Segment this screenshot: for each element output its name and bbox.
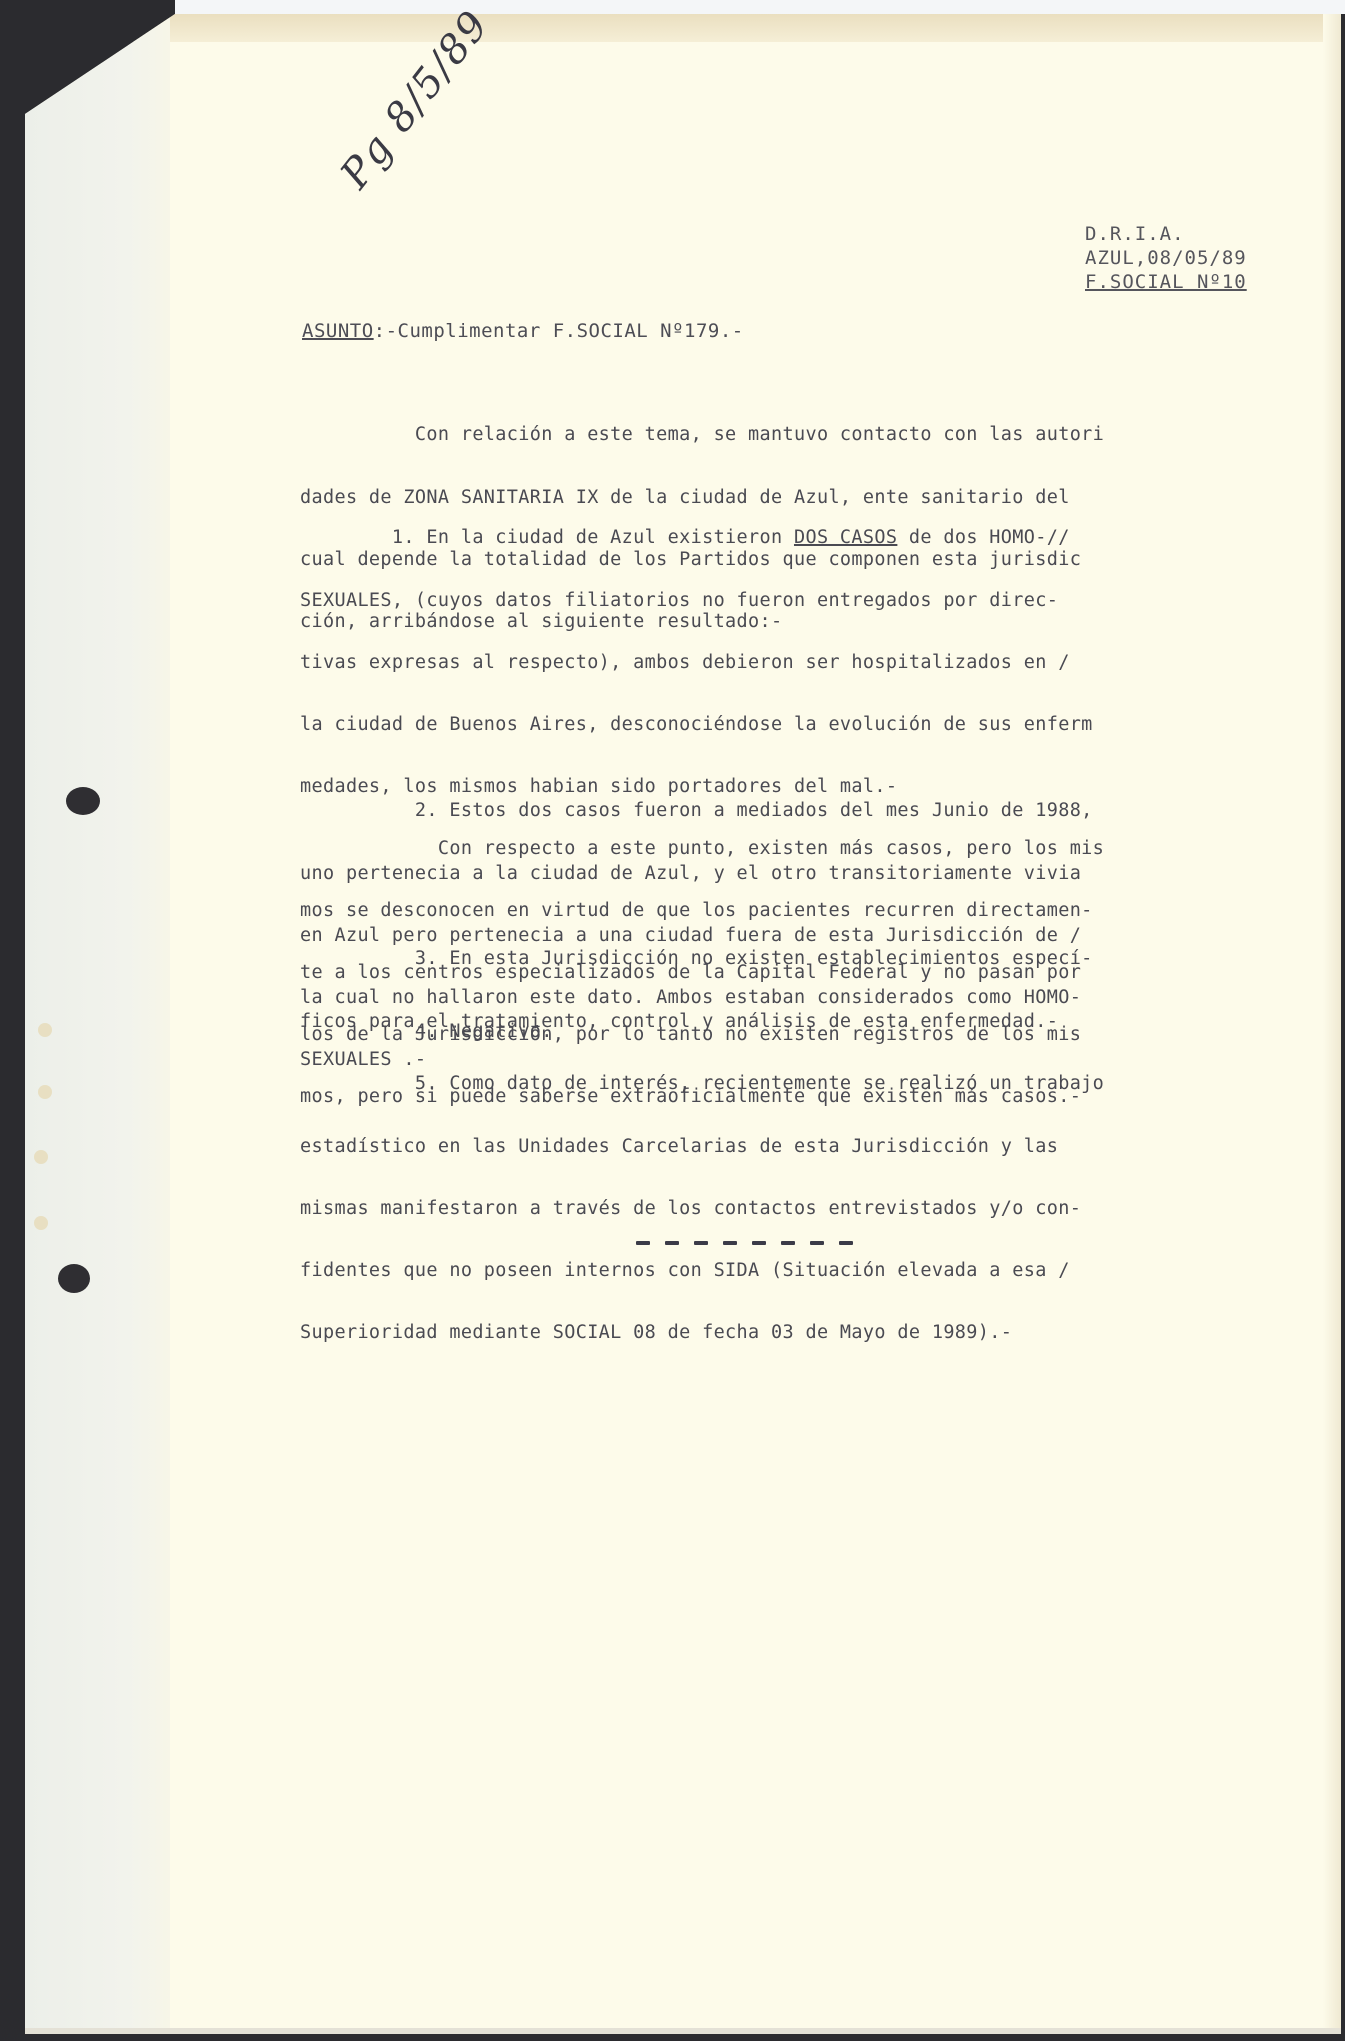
- office-code: D.R.I.A.: [1085, 222, 1247, 246]
- dash-mark: [694, 1241, 708, 1245]
- dash-mark: [810, 1241, 824, 1245]
- dash-mark: [752, 1241, 766, 1245]
- dash-mark: [665, 1241, 679, 1245]
- text-line: uno pertenecia a la ciudad de Azul, y el…: [300, 864, 1330, 885]
- dash-mark: [723, 1241, 737, 1245]
- place-date: AZUL,08/05/89: [1085, 246, 1247, 270]
- closing-separator: [636, 1241, 853, 1245]
- text-line: 3. En esta Jurisdicción no existen estab…: [300, 949, 1330, 970]
- page-bottom-edge: [25, 2028, 1341, 2034]
- subject-text: :-Cumplimentar F.SOCIAL Nº179.-: [374, 320, 744, 342]
- subject-line: ASUNTO:-Cumplimentar F.SOCIAL Nº179.-: [302, 320, 744, 342]
- dash-mark: [839, 1241, 853, 1245]
- dash-mark: [636, 1241, 650, 1245]
- text-line: SEXUALES, (cuyos datos filiatorios no fu…: [300, 591, 1330, 612]
- dash-mark: [781, 1241, 795, 1245]
- text-fragment: 1. En la ciudad de Azul existieron: [300, 527, 794, 548]
- stain-mark: [34, 1216, 48, 1230]
- underlined-emphasis: DOS CASOS: [794, 527, 897, 548]
- stain-mark: [38, 1085, 52, 1099]
- stain-mark: [38, 1023, 52, 1037]
- paragraph-item-5: 5. Como dato de interés, recientemente s…: [300, 1033, 1330, 1364]
- scan-background-top: [175, 0, 1345, 14]
- subject-label: ASUNTO: [302, 320, 374, 342]
- text-line: 5. Como dato de interés, recientemente s…: [300, 1074, 1330, 1095]
- text-line: tivas expresas al respecto), ambos debie…: [300, 653, 1330, 674]
- text-line: mismas manifestaron a través de los cont…: [300, 1199, 1330, 1220]
- text-line: Con relación a este tema, se mantuvo con…: [300, 425, 1330, 446]
- text-line: 2. Estos dos casos fueron a mediados del…: [300, 801, 1330, 822]
- text-line: 1. En la ciudad de Azul existieron DOS C…: [300, 528, 1330, 549]
- punch-hole-icon: [66, 787, 100, 815]
- document-header: D.R.I.A. AZUL,08/05/89 F.SOCIAL Nº10: [1085, 222, 1247, 294]
- reference-number: F.SOCIAL Nº10: [1085, 270, 1247, 294]
- text-fragment: de dos HOMO-//: [897, 527, 1069, 548]
- text-line: fidentes que no poseen internos con SIDA…: [300, 1261, 1330, 1282]
- punch-hole-icon: [58, 1264, 90, 1293]
- text-line: Superioridad mediante SOCIAL 08 de fecha…: [300, 1323, 1330, 1344]
- text-line: la ciudad de Buenos Aires, desconociéndo…: [300, 715, 1330, 736]
- page-top-edge: [25, 14, 1341, 42]
- stain-mark: [34, 1150, 48, 1164]
- text-line: estadístico en las Unidades Carcelarias …: [300, 1137, 1330, 1158]
